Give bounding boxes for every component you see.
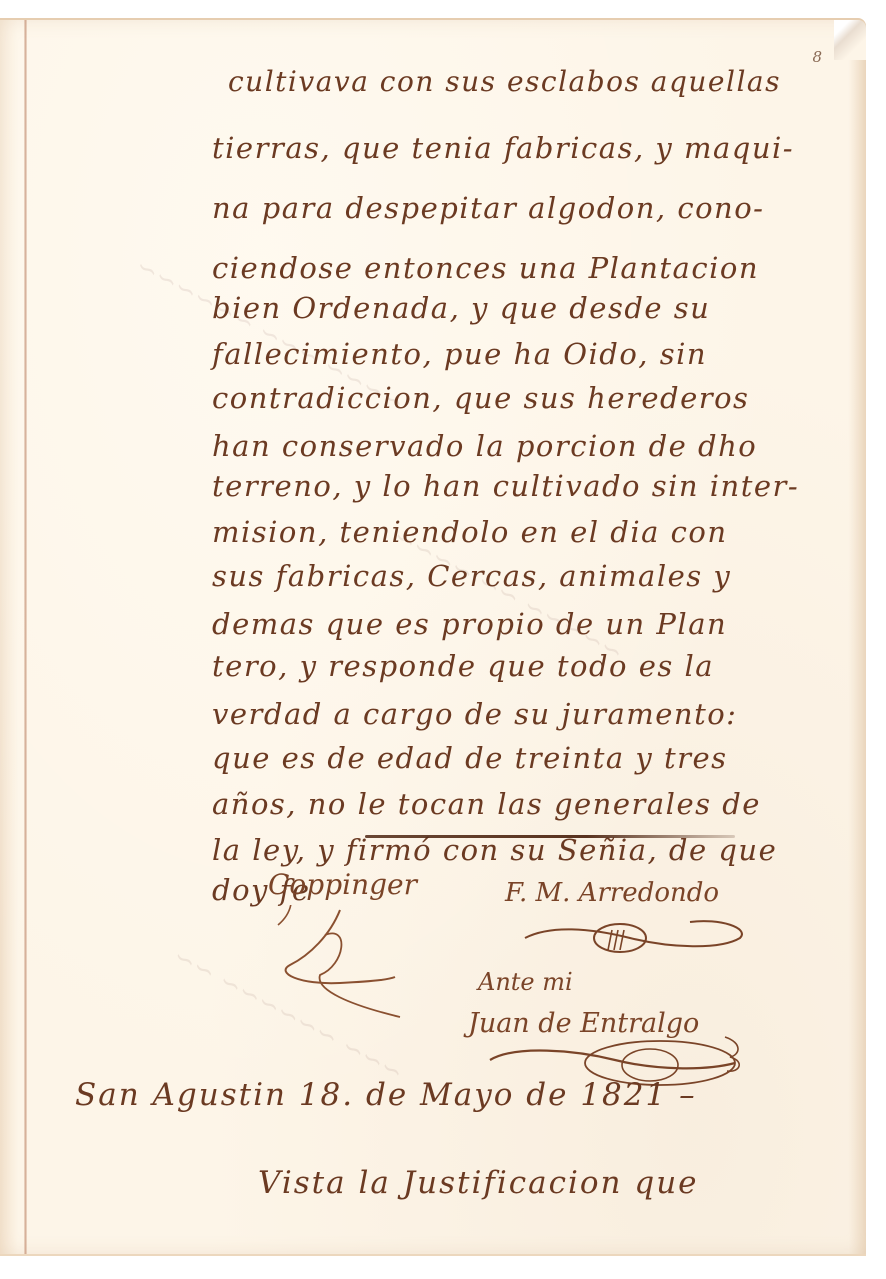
signature-coppinger: Coppinger bbox=[268, 868, 417, 901]
folio-number: 8 bbox=[812, 48, 822, 66]
body-line-14: verdad a cargo de su juramento: bbox=[212, 700, 737, 729]
signature-arredondo: F. M. Arredondo bbox=[505, 878, 719, 908]
body-line-3: na para despepitar algodon, cono- bbox=[212, 194, 764, 223]
body-line-1: cultivava con sus esclabos aquellas bbox=[228, 68, 781, 96]
body-line-9: terreno, y lo han cultivado sin inter- bbox=[212, 472, 799, 501]
body-line-7: contradiccion, que sus herederos bbox=[212, 384, 749, 413]
closing-rule bbox=[365, 835, 735, 838]
body-line-15: que es de edad de treinta y tres bbox=[212, 744, 728, 773]
body-line-16: años, no le tocan las generales de bbox=[212, 790, 761, 819]
body-line-12: demas que es propio de un Plan bbox=[212, 610, 727, 639]
body-line-6: fallecimiento, pue ha Oido, sin bbox=[212, 340, 707, 369]
body-line-10: mision, teniendolo en el dia con bbox=[212, 518, 728, 547]
body-line-17: la ley, y firmó con su Señia, de que bbox=[212, 836, 777, 865]
body-line-13: tero, y responde que todo es la bbox=[212, 652, 714, 681]
body-line-4: ciendose entonces una Plantacion bbox=[212, 254, 759, 283]
body-line-11: sus fabricas, Cercas, animales y bbox=[212, 562, 731, 591]
body-line-2: tierras, que tenia fabricas, y maqui- bbox=[212, 134, 794, 163]
body-line-8: han conservado la porcion de dho bbox=[212, 432, 757, 461]
closing-line: Vista la Justificacion que bbox=[258, 1168, 699, 1199]
torn-corner bbox=[834, 20, 866, 60]
body-line-5: bien Ordenada, y que desde su bbox=[212, 294, 710, 323]
binding-fold bbox=[24, 20, 27, 1254]
witness-label: Ante mi bbox=[478, 968, 573, 996]
signature-rubric-arredondo bbox=[520, 910, 750, 960]
dateline: San Agustin 18. de Mayo de 1821 – bbox=[75, 1080, 697, 1111]
signature-flourish-left bbox=[270, 905, 430, 1025]
